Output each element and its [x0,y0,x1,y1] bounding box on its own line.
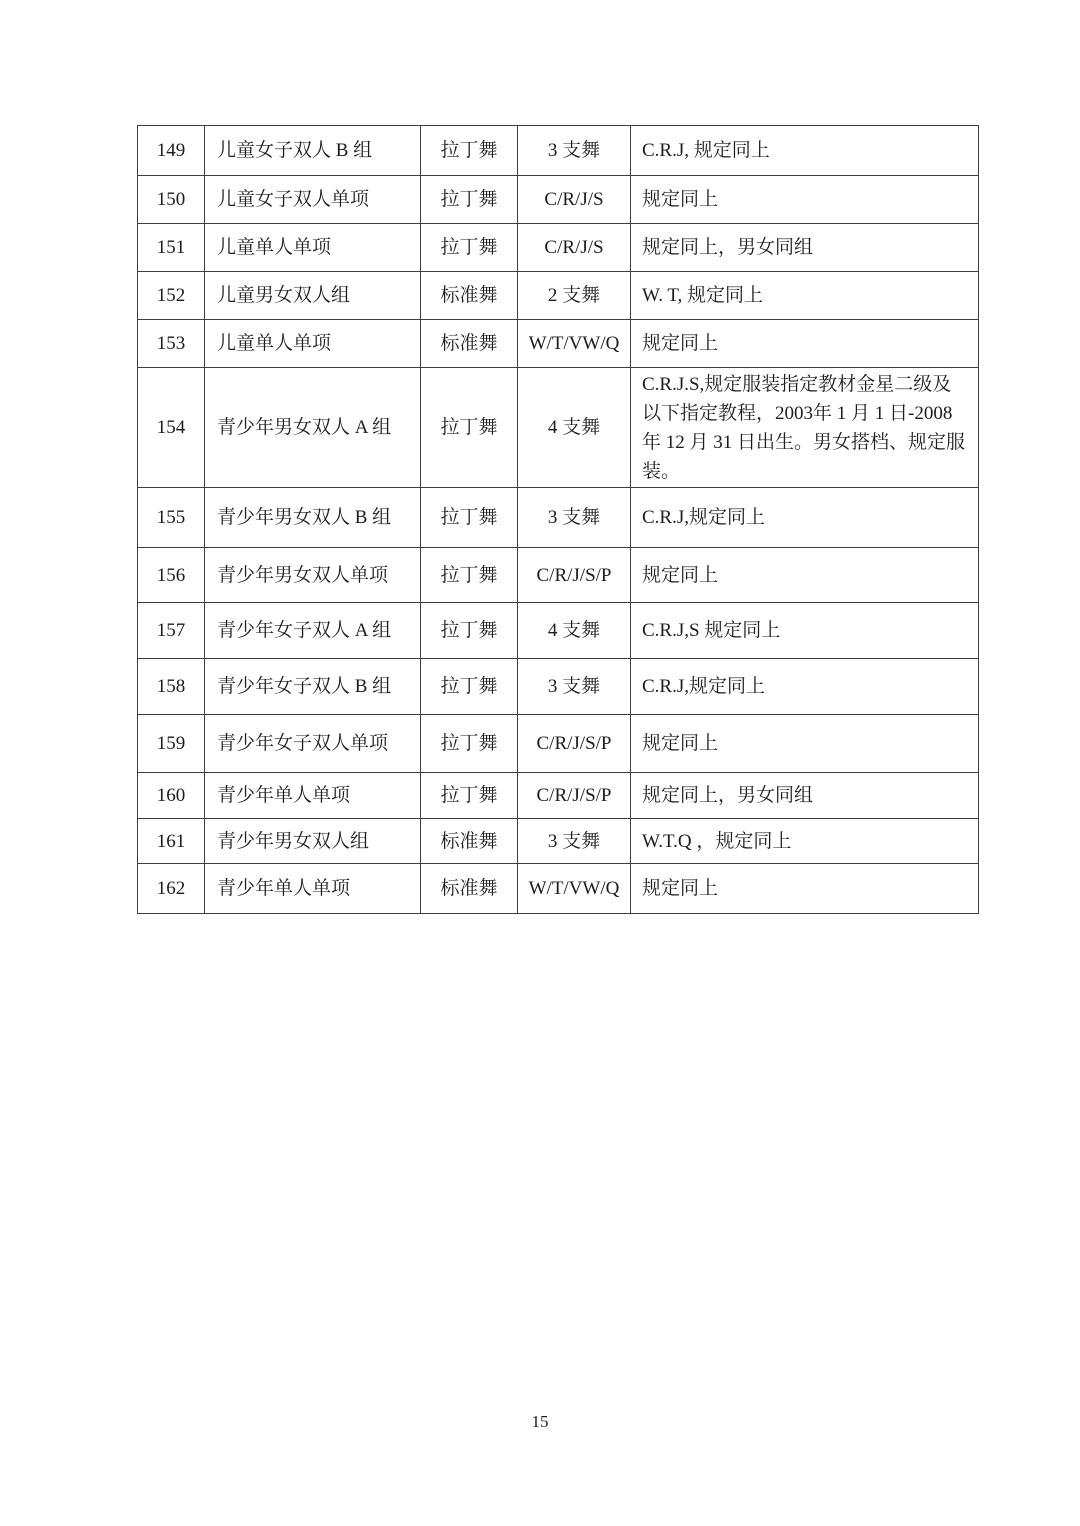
dance-count: C/R/J/S [518,224,631,272]
rule-note: 规定同上，男女同组 [631,224,979,272]
dance-type: 拉丁舞 [421,659,518,715]
dance-type: 拉丁舞 [421,773,518,819]
rule-note: 规定同上，男女同组 [631,773,979,819]
row-number: 151 [138,224,205,272]
table-row: 151 儿童单人单项 拉丁舞 C/R/J/S 规定同上，男女同组 [138,224,979,272]
dance-count: C/R/J/S/P [518,548,631,603]
rule-note: 规定同上 [631,176,979,224]
category-name: 青少年女子双人 B 组 [205,659,421,715]
table-row: 152 儿童男女双人组 标准舞 2 支舞 W. T, 规定同上 [138,272,979,320]
row-number: 153 [138,320,205,368]
rule-note: W. T, 规定同上 [631,272,979,320]
category-name: 儿童单人单项 [205,224,421,272]
row-number: 157 [138,603,205,659]
category-name: 儿童单人单项 [205,320,421,368]
dance-count: 3 支舞 [518,488,631,548]
category-name: 青少年单人单项 [205,773,421,819]
dance-count: 4 支舞 [518,603,631,659]
dance-type: 标准舞 [421,272,518,320]
table-row: 154 青少年男女双人 A 组 拉丁舞 4 支舞 C.R.J.S,规定服装指定教… [138,368,979,488]
category-name: 儿童男女双人组 [205,272,421,320]
dance-count: 3 支舞 [518,659,631,715]
row-number: 150 [138,176,205,224]
table-row: 159 青少年女子双人单项 拉丁舞 C/R/J/S/P 规定同上 [138,715,979,773]
page-number: 15 [0,1412,1080,1432]
table-row: 155 青少年男女双人 B 组 拉丁舞 3 支舞 C.R.J,规定同上 [138,488,979,548]
dance-type: 拉丁舞 [421,368,518,488]
table-row: 150 儿童女子双人单项 拉丁舞 C/R/J/S 规定同上 [138,176,979,224]
dance-type: 拉丁舞 [421,715,518,773]
category-name: 儿童女子双人单项 [205,176,421,224]
dance-count: C/R/J/S/P [518,773,631,819]
competition-categories-table: 149 儿童女子双人 B 组 拉丁舞 3 支舞 C.R.J, 规定同上 150 … [137,125,979,914]
table-row: 156 青少年男女双人单项 拉丁舞 C/R/J/S/P 规定同上 [138,548,979,603]
rule-note: 规定同上 [631,864,979,914]
dance-type: 拉丁舞 [421,548,518,603]
table-row: 160 青少年单人单项 拉丁舞 C/R/J/S/P 规定同上，男女同组 [138,773,979,819]
row-number: 152 [138,272,205,320]
category-name: 儿童女子双人 B 组 [205,126,421,176]
row-number: 156 [138,548,205,603]
rule-note: 规定同上 [631,320,979,368]
dance-type: 拉丁舞 [421,603,518,659]
category-name: 青少年男女双人 B 组 [205,488,421,548]
row-number: 154 [138,368,205,488]
category-name: 青少年单人单项 [205,864,421,914]
dance-count: C/R/J/S/P [518,715,631,773]
rule-note: C.R.J,规定同上 [631,659,979,715]
rule-note: 规定同上 [631,715,979,773]
table-row: 153 儿童单人单项 标准舞 W/T/VW/Q 规定同上 [138,320,979,368]
dance-count: W/T/VW/Q [518,320,631,368]
rule-note: C.R.J,S 规定同上 [631,603,979,659]
rule-note: C.R.J,规定同上 [631,488,979,548]
rule-note: C.R.J.S,规定服装指定教材金星二级及以下指定教程，2003年 1 月 1 … [631,368,979,488]
row-number: 160 [138,773,205,819]
rule-note: C.R.J, 规定同上 [631,126,979,176]
row-number: 149 [138,126,205,176]
dance-type: 拉丁舞 [421,488,518,548]
rule-note: W.T.Q ，规定同上 [631,819,979,864]
table-row: 157 青少年女子双人 A 组 拉丁舞 4 支舞 C.R.J,S 规定同上 [138,603,979,659]
row-number: 159 [138,715,205,773]
row-number: 162 [138,864,205,914]
dance-count: W/T/VW/Q [518,864,631,914]
dance-type: 拉丁舞 [421,126,518,176]
category-name: 青少年男女双人单项 [205,548,421,603]
dance-type: 拉丁舞 [421,176,518,224]
dance-count: 4 支舞 [518,368,631,488]
dance-count: C/R/J/S [518,176,631,224]
row-number: 155 [138,488,205,548]
dance-type: 标准舞 [421,864,518,914]
dance-count: 3 支舞 [518,126,631,176]
category-name: 青少年女子双人 A 组 [205,603,421,659]
table-row: 162 青少年单人单项 标准舞 W/T/VW/Q 规定同上 [138,864,979,914]
dance-type: 拉丁舞 [421,224,518,272]
dance-count: 3 支舞 [518,819,631,864]
category-name: 青少年男女双人组 [205,819,421,864]
dance-type: 标准舞 [421,819,518,864]
row-number: 161 [138,819,205,864]
table-row: 161 青少年男女双人组 标准舞 3 支舞 W.T.Q ，规定同上 [138,819,979,864]
table-row: 149 儿童女子双人 B 组 拉丁舞 3 支舞 C.R.J, 规定同上 [138,126,979,176]
category-name: 青少年男女双人 A 组 [205,368,421,488]
dance-type: 标准舞 [421,320,518,368]
rule-note: 规定同上 [631,548,979,603]
category-name: 青少年女子双人单项 [205,715,421,773]
row-number: 158 [138,659,205,715]
dance-count: 2 支舞 [518,272,631,320]
table-row: 158 青少年女子双人 B 组 拉丁舞 3 支舞 C.R.J,规定同上 [138,659,979,715]
